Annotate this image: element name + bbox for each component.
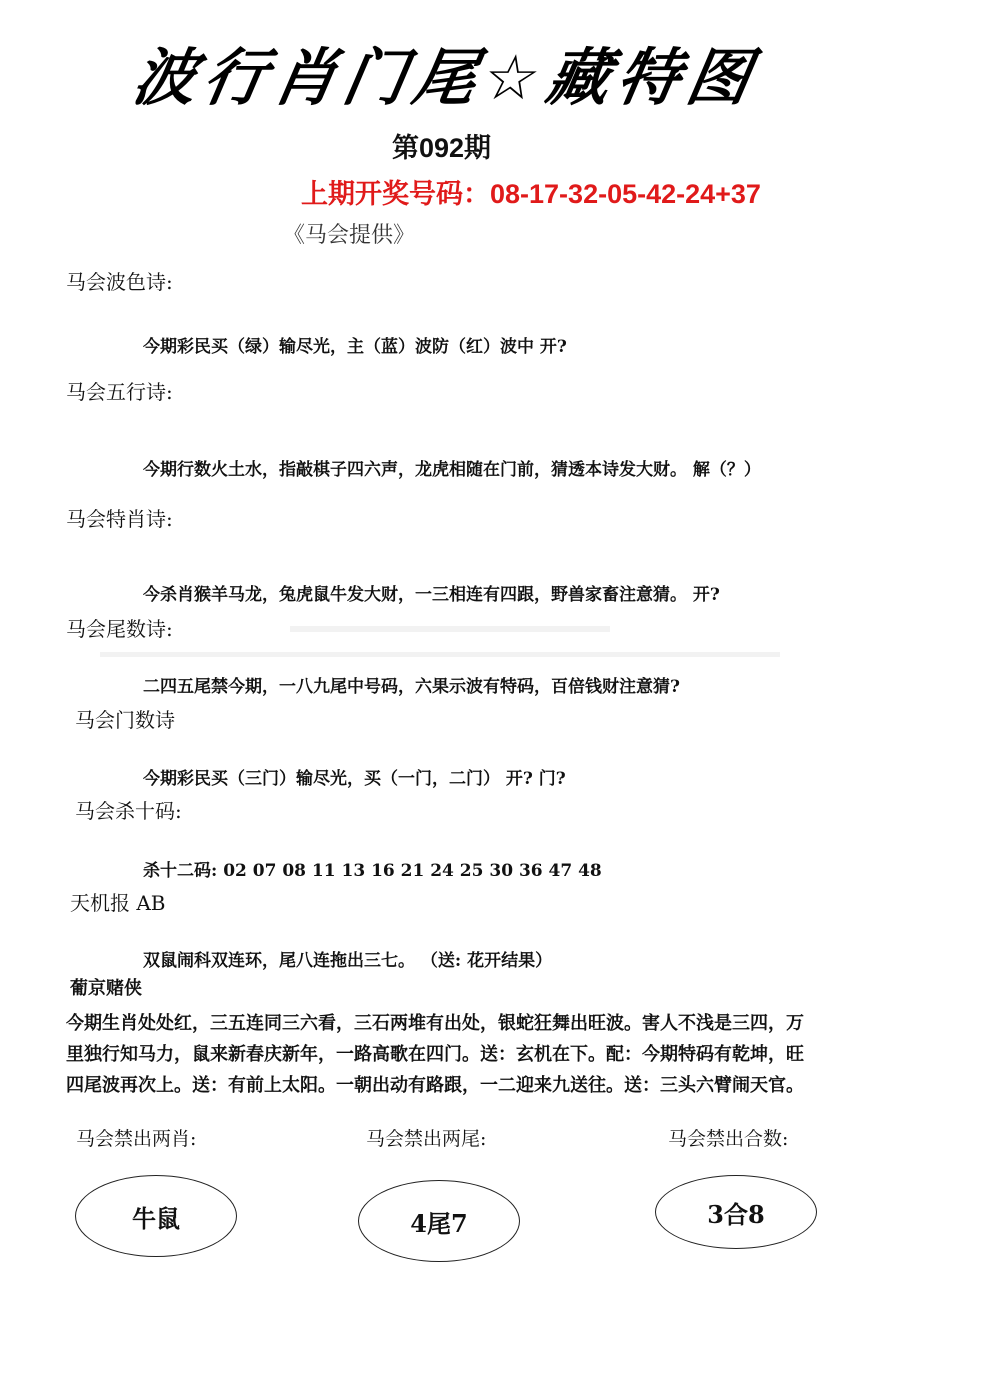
ban-value-zodiac: 牛鼠 [75,1175,237,1257]
section-label-tail-number: 马会尾数诗: [66,613,173,642]
section-label-tianji: 天机报 AB [70,887,166,916]
ban-value-zodiac-text: 牛鼠 [132,1199,180,1234]
provider-note: 《马会提供》 [283,218,415,249]
section-label-kill-ten: 马会杀十码: [75,795,182,824]
pujing-label: 葡京赌侠 [70,974,142,1000]
section-label-wave-color: 马会波色诗: [66,266,173,295]
ban-value-tail: 4尾7 [358,1180,520,1262]
section-text-tail-number: 二四五尾禁今期，一八九尾中号码，六果示波有特码，百倍钱财注意猜? [143,672,680,697]
section-text-tianji: 双鼠闹科双连环，尾八连拖出三七。 （送: 花开结果） [143,946,552,971]
section-text-zodiac: 今杀肖猴羊马龙，兔虎鼠牛发大财，一三相连有四跟，野兽家畜注意猜。 开? [143,580,720,605]
section-text-kill-twelve: 杀十二码: 02 07 08 11 13 16 21 24 25 30 36 4… [143,856,602,881]
section-text-gate-number: 今期彩民买（三门）输尽光，买（一门，二门） 开? 门? [143,764,566,789]
scan-artifact [290,626,610,632]
ban-value-sum-text: 3合8 [707,1195,764,1230]
section-text-wave-color: 今期彩民买（绿）输尽光，主（蓝）波防（红）波中 开? [143,332,567,357]
section-label-zodiac: 马会特肖诗: [66,503,173,532]
ban-value-tail-text: 4尾7 [410,1204,467,1239]
pujing-line: 今期生肖处处红，三五连同三六看，三石两堆有出处，银蛇狂舞出旺波。害人不浅是三四，… [66,1008,906,1039]
ban-label-zodiac: 马会禁出两肖: [76,1124,196,1151]
section-text-five-elements: 今期行数火土水，指敲棋子四六声，龙虎相随在门前，猜透本诗发大财。 解（？） [143,455,761,480]
section-label-five-elements: 马会五行诗: [66,376,173,405]
pujing-paragraph: 今期生肖处处红，三五连同三六看，三石两堆有出处，银蛇狂舞出旺波。害人不浅是三四，… [66,1008,906,1101]
last-draw-label: 上期开奖号码： [301,179,490,209]
page-title: 波行肖门尾☆藏特图 [127,28,766,117]
scan-artifact [100,652,780,657]
section-label-gate-number: 马会门数诗 [75,704,175,733]
ban-label-sum: 马会禁出合数: [668,1124,788,1151]
last-draw-numbers: 08-17-32-05-42-24+37 [490,179,761,209]
issue-number: 第092期 [392,126,491,165]
last-draw-results: 上期开奖号码：08-17-32-05-42-24+37 [301,172,761,211]
ban-label-tail: 马会禁出两尾: [366,1124,486,1151]
pujing-line: 里独行知马力，鼠来新春庆新年，一路高歌在四门。送：玄机在下。配：今期特码有乾坤，… [66,1039,906,1070]
pujing-line: 四尾波再次上。送：有前上太阳。一朝出动有路跟，一二迎来九送往。送：三头六臂闹天官… [66,1070,906,1101]
ban-value-sum: 3合8 [655,1175,817,1249]
